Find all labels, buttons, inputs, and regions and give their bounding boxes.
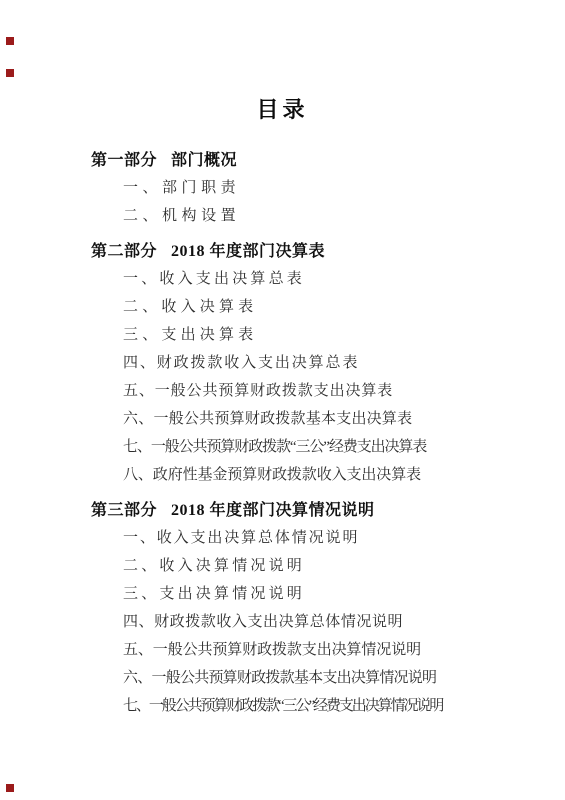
toc-item-label: 四、财政拨款收入支出决算总体情况说明 [123, 610, 403, 631]
red-mark-top-1 [6, 37, 14, 45]
toc-item-label: 八、政府性基金预算财政拨款收入支出决算表 [123, 463, 421, 484]
toc-item-label: 六、一般公共预算财政拨款基本支出决算情况说明 [123, 666, 436, 687]
toc-item-label: 五、一般公共预算财政拨款支出决算表 [123, 379, 393, 400]
section-1-heading: 第一部分 部门概况 [91, 144, 565, 172]
toc-item: 二、机构设置 [123, 200, 565, 228]
red-mark-bottom [6, 784, 14, 792]
toc-item: 六、一般公共预算财政拨款基本支出决算表 [123, 403, 565, 431]
toc-item-label: 五、一般公共预算财政拨款支出决算情况说明 [123, 638, 421, 659]
toc-item: 三、支出决算表 [123, 319, 565, 347]
toc-item: 三、支出决算情况说明 [123, 578, 565, 606]
red-mark-top-2 [6, 69, 14, 77]
toc-item: 二、收入决算情况说明 [123, 550, 565, 578]
toc-item-label: 二、收入决算表 [123, 295, 257, 316]
toc-item-label: 三、支出决算情况说明 [123, 582, 305, 603]
page-title: 目录 [0, 96, 565, 123]
toc-item-label: 一、部门职责 [123, 176, 240, 197]
toc-item: 五、一般公共预算财政拨款支出决算情况说明 [123, 634, 565, 662]
toc-item-label: 三、支出决算表 [123, 323, 257, 344]
toc-item: 五、一般公共预算财政拨款支出决算表 [123, 375, 565, 403]
toc-item-label: 二、机构设置 [123, 204, 240, 225]
toc-item: 一、部门职责 [123, 172, 565, 200]
toc-item: 一、收入支出决算总体情况说明 [123, 522, 565, 550]
toc-item-label: 四、财政拨款收入支出决算总表 [123, 351, 359, 372]
toc-item: 一、收入支出决算总表 [123, 263, 565, 291]
toc-item: 四、财政拨款收入支出决算总体情况说明 [123, 606, 565, 634]
section-3-heading: 第三部分 2018 年度部门决算情况说明 [91, 494, 565, 522]
toc-item: 四、财政拨款收入支出决算总表 [123, 347, 565, 375]
section-2-heading: 第二部分 2018 年度部门决算表 [91, 235, 565, 263]
toc-item: 二、收入决算表 [123, 291, 565, 319]
toc-item: 七、一般公共预算财政拨款“三公”经费支出决算表 [123, 431, 565, 459]
section-1-number: 第一部分 [91, 147, 157, 170]
toc-item: 六、一般公共预算财政拨款基本支出决算情况说明 [123, 662, 565, 690]
section-1-title: 部门概况 [171, 147, 237, 170]
toc-item-label: 七、一般公共预算财政拨款“三公”经费支出决算表 [123, 435, 426, 456]
toc-item-label: 一、收入支出决算总体情况说明 [123, 526, 359, 547]
toc-item-label: 七、一般公共预算财政拨款“三公”经费支出决算情况说明 [123, 694, 442, 715]
section-2-number: 第二部分 [91, 238, 157, 261]
section-3-title: 2018 年度部门决算情况说明 [171, 497, 375, 520]
toc-item: 八、政府性基金预算财政拨款收入支出决算表 [123, 459, 565, 487]
toc-item: 七、一般公共预算财政拨款“三公”经费支出决算情况说明 [123, 690, 565, 718]
toc-item-label: 二、收入决算情况说明 [123, 554, 305, 575]
table-of-contents: 第一部分 部门概况 一、部门职责 二、机构设置 第二部分 2018 年度部门决算… [0, 144, 565, 718]
section-3-number: 第三部分 [91, 497, 157, 520]
toc-item-label: 一、收入支出决算总表 [123, 267, 305, 288]
toc-item-label: 六、一般公共预算财政拨款基本支出决算表 [123, 407, 412, 428]
section-2-title: 2018 年度部门决算表 [171, 238, 325, 261]
